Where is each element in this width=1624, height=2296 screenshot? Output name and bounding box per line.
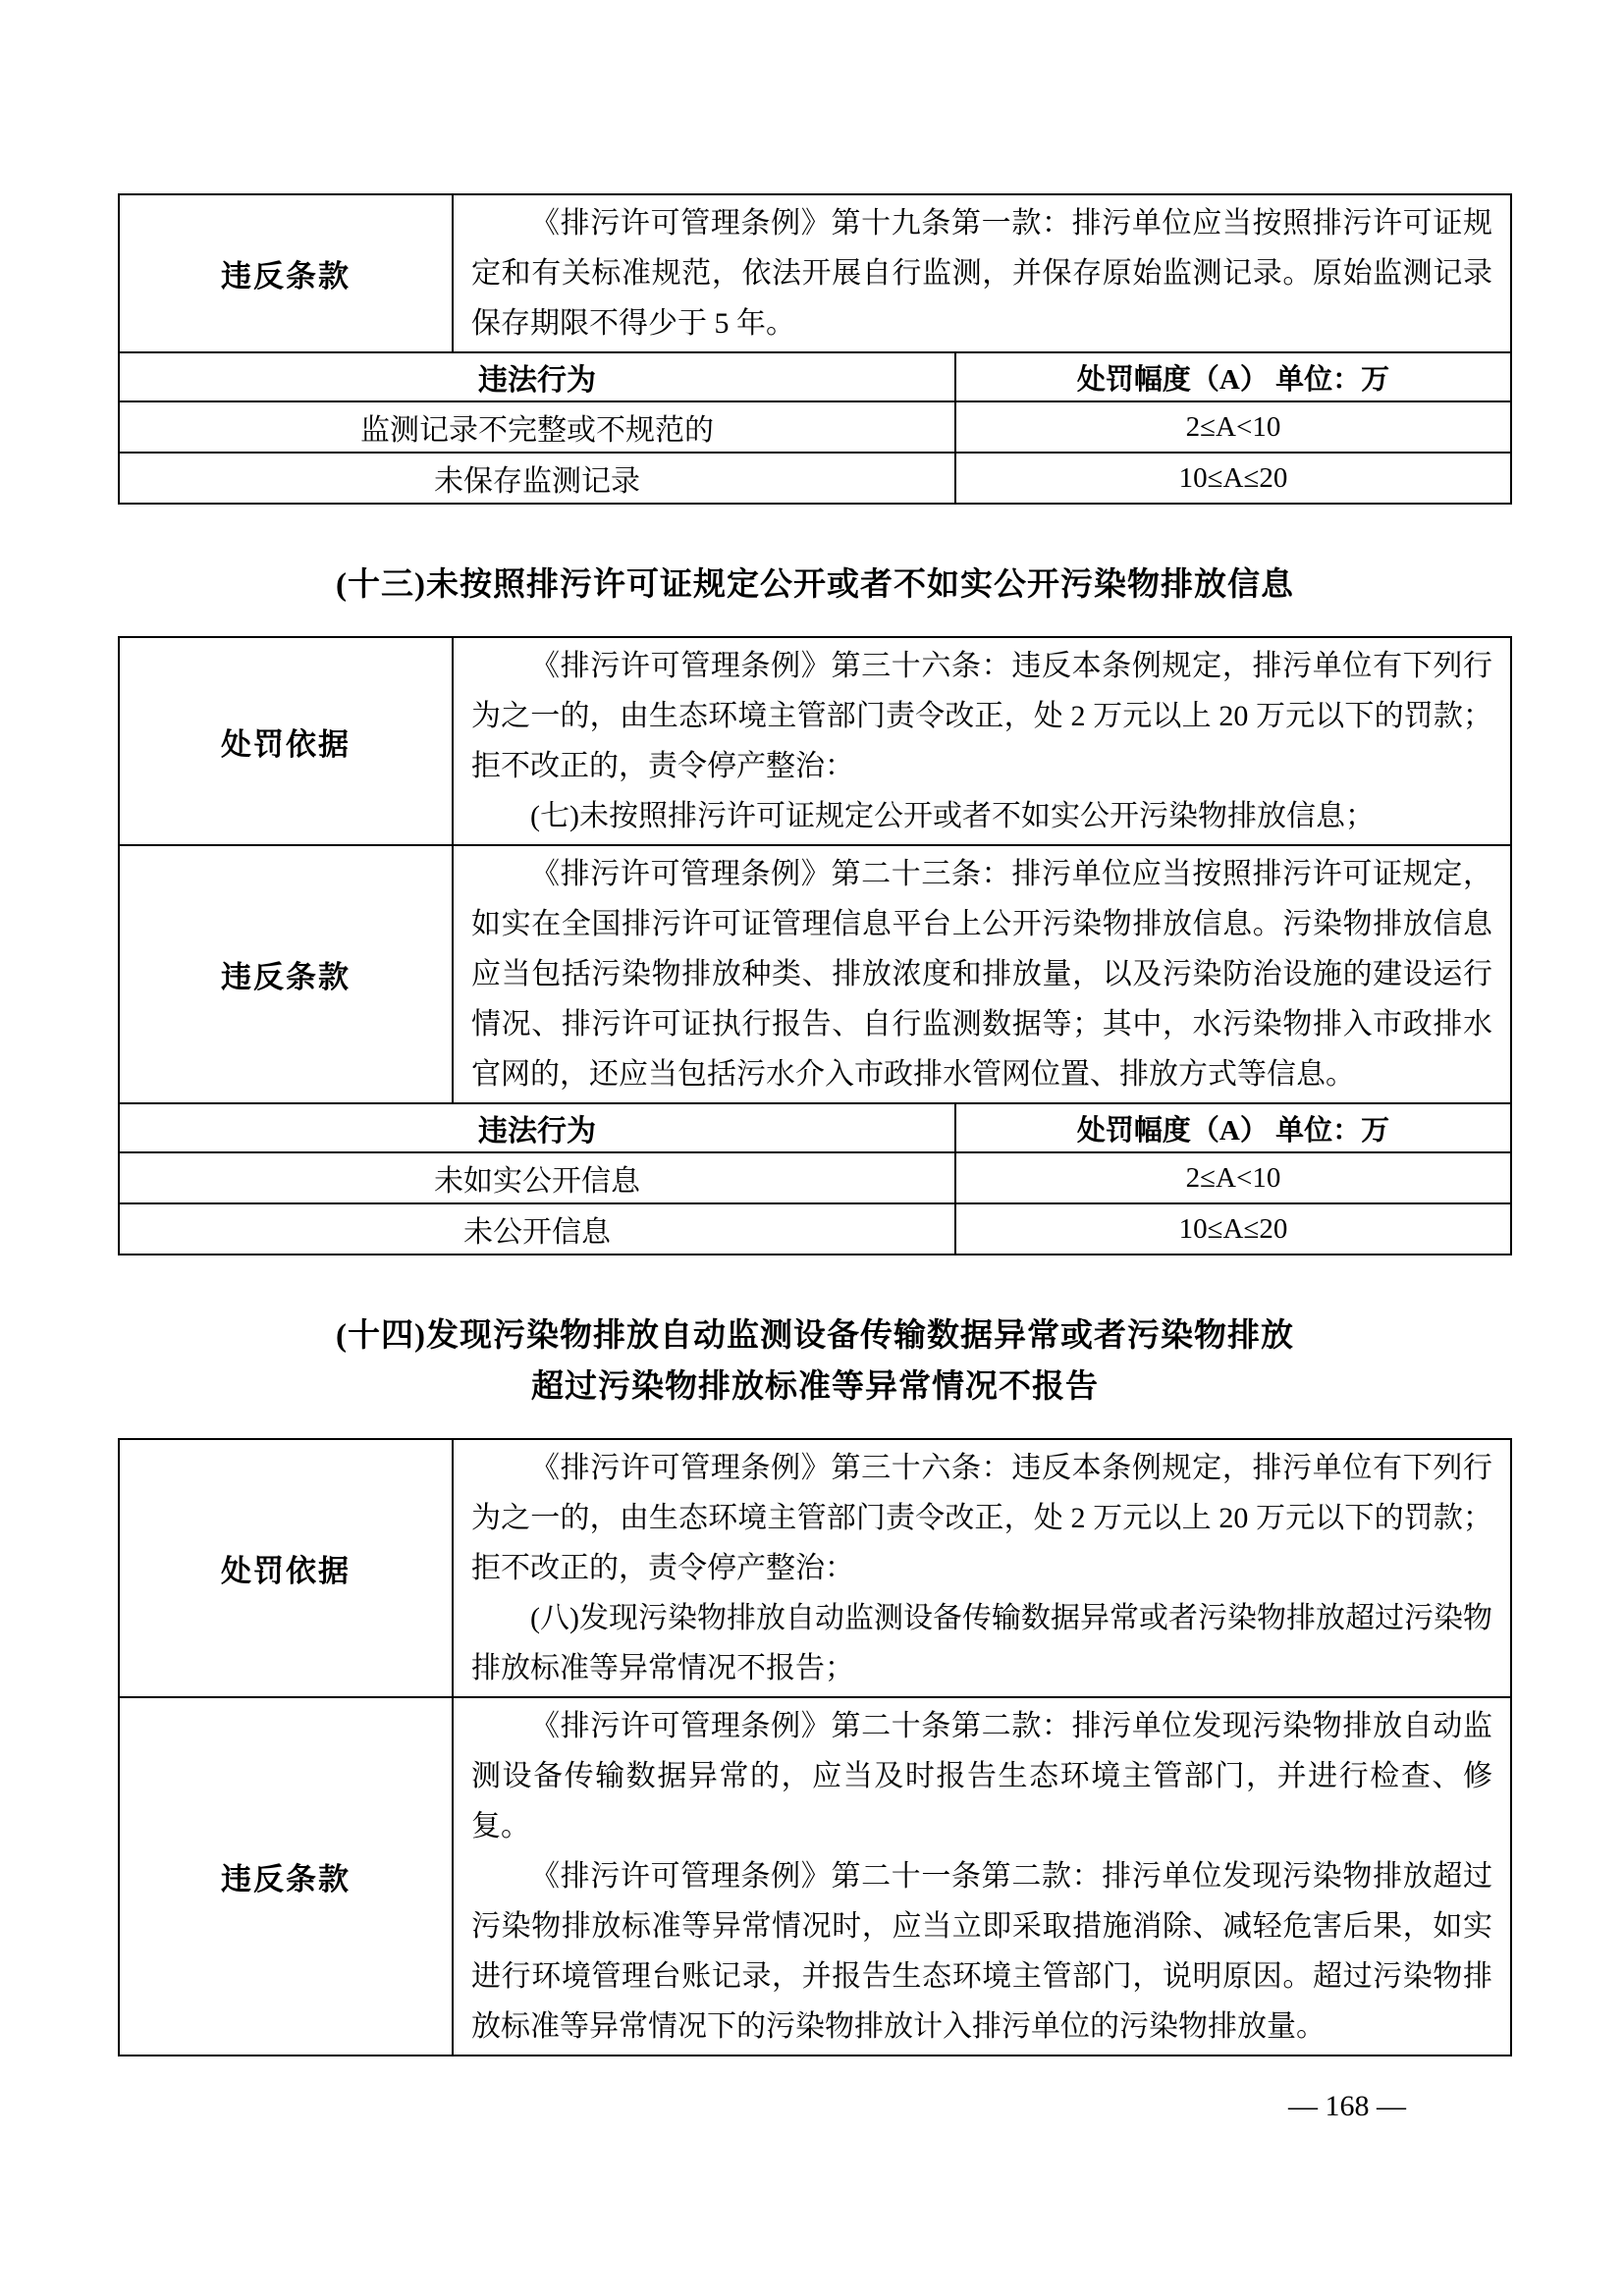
behavior-header: 违法行为 [120, 353, 956, 400]
penalty-cell: 2≤A<10 [956, 402, 1510, 452]
clause-paragraph: 《排污许可管理条例》第二十条第二款：排污单位发现污染物排放自动监测设备传输数据异… [471, 1701, 1492, 1851]
table-abnormal-not-reported: 处罚依据 《排污许可管理条例》第三十六条：违反本条例规定，排污单位有下列行为之一… [118, 1438, 1512, 2056]
table-row: 监测记录不完整或不规范的 2≤A<10 [120, 400, 1510, 452]
table-row-clause: 违反条款 《排污许可管理条例》第二十三条：排污单位应当按照排污许可证规定，如实在… [120, 844, 1510, 1102]
basis-paragraph: (八)发现污染物排放自动监测设备传输数据异常或者污染物排放超过污染物排放标准等异… [471, 1593, 1492, 1693]
basis-paragraph: (七)未按照排污许可证规定公开或者不如实公开污染物排放信息； [471, 791, 1492, 841]
basis-paragraph: 《排污许可管理条例》第三十六条：违反本条例规定，排污单位有下列行为之一的，由生态… [471, 1443, 1492, 1593]
behavior-header-row: 违法行为 处罚幅度（A） 单位：万 [120, 351, 1510, 400]
behavior-header-row: 违法行为 处罚幅度（A） 单位：万 [120, 1102, 1510, 1151]
page-content: 违反条款 《排污许可管理条例》第十九条第一款：排污单位应当按照排污许可证规定和有… [118, 193, 1512, 2123]
document-page: 违反条款 《排污许可管理条例》第十九条第一款：排污单位应当按照排污许可证规定和有… [0, 0, 1624, 2296]
clause-row-label: 违反条款 [120, 846, 454, 1102]
section-heading-14: (十四)发现污染物排放自动监测设备传输数据异常或者污染物排放 超过污染物排放标准… [118, 1310, 1512, 1413]
clause-text-cell: 《排污许可管理条例》第二十三条：排污单位应当按照排污许可证规定，如实在全国排污许… [454, 846, 1510, 1102]
table-information-disclosure: 处罚依据 《排污许可管理条例》第三十六条：违反本条例规定，排污单位有下列行为之一… [118, 636, 1512, 1255]
table-monitoring-records: 违反条款 《排污许可管理条例》第十九条第一款：排污单位应当按照排污许可证规定和有… [118, 193, 1512, 505]
basis-row-label: 处罚依据 [120, 638, 454, 844]
table-row-basis: 处罚依据 《排污许可管理条例》第三十六条：违反本条例规定，排污单位有下列行为之一… [120, 638, 1510, 844]
basis-paragraph: 《排污许可管理条例》第三十六条：违反本条例规定，排污单位有下列行为之一的，由生态… [471, 641, 1492, 791]
table-row-basis: 处罚依据 《排污许可管理条例》第三十六条：违反本条例规定，排污单位有下列行为之一… [120, 1440, 1510, 1696]
basis-row-label: 处罚依据 [120, 1440, 454, 1696]
clause-paragraph: 《排污许可管理条例》第二十三条：排污单位应当按照排污许可证规定，如实在全国排污许… [471, 849, 1492, 1099]
penalty-cell: 2≤A<10 [956, 1153, 1510, 1202]
clause-text-cell: 《排污许可管理条例》第二十条第二款：排污单位发现污染物排放自动监测设备传输数据异… [454, 1698, 1510, 2055]
table-row: 未公开信息 10≤A≤20 [120, 1202, 1510, 1254]
penalty-cell: 10≤A≤20 [956, 1204, 1510, 1254]
table-row: 未保存监测记录 10≤A≤20 [120, 452, 1510, 503]
behavior-cell: 未公开信息 [120, 1204, 956, 1254]
table-row-clause: 违反条款 《排污许可管理条例》第十九条第一款：排污单位应当按照排污许可证规定和有… [120, 195, 1510, 351]
table-row: 未如实公开信息 2≤A<10 [120, 1151, 1510, 1202]
behavior-header: 违法行为 [120, 1104, 956, 1151]
table-row-clause: 违反条款 《排污许可管理条例》第二十条第二款：排污单位发现污染物排放自动监测设备… [120, 1696, 1510, 2055]
section-heading-14-line1: (十四)发现污染物排放自动监测设备传输数据异常或者污染物排放 [118, 1310, 1512, 1362]
clause-row-label: 违反条款 [120, 195, 454, 351]
clause-row-label: 违反条款 [120, 1698, 454, 2055]
section-heading-14-line2: 超过污染物排放标准等异常情况不报告 [118, 1362, 1512, 1413]
basis-text-cell: 《排污许可管理条例》第三十六条：违反本条例规定，排污单位有下列行为之一的，由生态… [454, 1440, 1510, 1696]
behavior-cell: 监测记录不完整或不规范的 [120, 402, 956, 452]
section-heading-13: (十三)未按照排污许可证规定公开或者不如实公开污染物排放信息 [118, 560, 1512, 611]
page-number: — 168 — [118, 2090, 1512, 2123]
penalty-header: 处罚幅度（A） 单位：万 [956, 1104, 1510, 1151]
penalty-header: 处罚幅度（A） 单位：万 [956, 353, 1510, 400]
clause-text-cell: 《排污许可管理条例》第十九条第一款：排污单位应当按照排污许可证规定和有关标准规范… [454, 195, 1510, 351]
clause-paragraph: 《排污许可管理条例》第十九条第一款：排污单位应当按照排污许可证规定和有关标准规范… [471, 198, 1492, 348]
section-heading-13-text: (十三)未按照排污许可证规定公开或者不如实公开污染物排放信息 [118, 560, 1512, 611]
penalty-cell: 10≤A≤20 [956, 454, 1510, 503]
clause-paragraph: 《排污许可管理条例》第二十一条第二款：排污单位发现污染物排放超过污染物排放标准等… [471, 1851, 1492, 2052]
basis-text-cell: 《排污许可管理条例》第三十六条：违反本条例规定，排污单位有下列行为之一的，由生态… [454, 638, 1510, 844]
behavior-cell: 未保存监测记录 [120, 454, 956, 503]
behavior-cell: 未如实公开信息 [120, 1153, 956, 1202]
